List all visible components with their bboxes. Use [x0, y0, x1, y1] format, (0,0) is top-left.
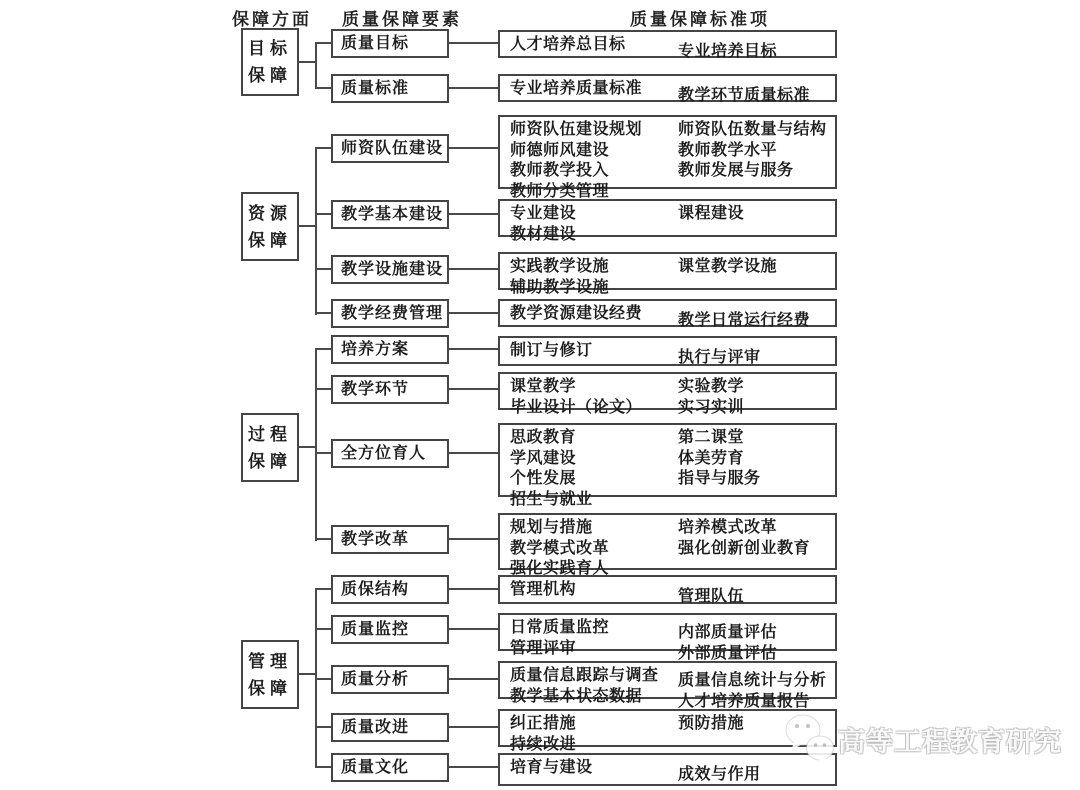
wechat-icon: [782, 712, 838, 766]
element-box: 质量目标: [331, 29, 449, 58]
element-label: 质量目标: [341, 35, 409, 52]
standard-items-right: 课程建设: [678, 204, 744, 225]
connector-line: [297, 673, 315, 675]
connector-line: [315, 268, 331, 270]
standard-items-right: 执行与评审: [678, 348, 761, 369]
watermark-text: 高等工程教育研究: [838, 720, 1062, 759]
connector-line: [449, 268, 498, 270]
element-label: 质量文化: [341, 759, 409, 776]
standard-box: 日常质量监控 管理评审 内部质量评估 外部质量评估: [498, 613, 837, 651]
standard-items-right: 成效与作用: [678, 765, 761, 786]
standard-items-right: 实验教学 实习实训: [678, 377, 744, 418]
connector-line: [449, 678, 498, 680]
aspect-label: 过程保障: [246, 421, 294, 475]
aspect-label: 资源保障: [246, 200, 294, 254]
aspect-box-goal: 目标保障: [241, 28, 299, 96]
connector-line: [449, 348, 498, 350]
standard-items-left: 管理机构: [500, 577, 835, 601]
standard-box: 思政教育 学风建设 个性发展 招生与就业 第二课堂 体美劳育 指导与服务: [498, 423, 837, 497]
standard-items-right: 内部质量评估 外部质量评估: [678, 623, 777, 664]
standard-box: 师资队伍建设规划 师德师风建设 教师教学投入 教师分类管理 师资队伍数量与结构 …: [498, 115, 837, 189]
standard-items-left: 专业建设 教材建设: [500, 201, 835, 245]
connector-line: [449, 42, 498, 44]
standard-box: 人才培养总目标 专业培养目标: [498, 30, 837, 58]
standard-box: 规划与措施 教学模式改革 强化实践育人 培养模式改革 强化创新创业教育: [498, 513, 837, 570]
element-label: 教学基本建设: [341, 206, 443, 223]
standard-box: 课堂教学 毕业设计（论文） 实验教学 实习实训: [498, 372, 837, 410]
standard-box: 质量信息跟踪与调查 教学基本状态数据 质量信息统计与分析 人才培养质量报告: [498, 661, 837, 699]
connector-line: [315, 388, 331, 390]
element-label: 全方位育人: [341, 445, 426, 462]
connector-line: [315, 147, 331, 149]
connector-line: [315, 87, 331, 89]
standard-items-right: 第二课堂 体美劳育 指导与服务: [678, 428, 761, 490]
element-box: 全方位育人: [331, 439, 449, 468]
element-label: 质量分析: [341, 671, 409, 688]
connector-line: [449, 87, 498, 89]
connector-line: [315, 538, 331, 540]
connector-line: [297, 61, 315, 63]
standard-items-right: 师资队伍数量与结构 教师教学水平 教师发展与服务: [678, 120, 827, 182]
element-label: 培养方案: [341, 341, 409, 358]
element-box: 教学经费管理: [331, 299, 449, 328]
standard-box: 专业建设 教材建设 课程建设: [498, 199, 837, 237]
column-header-element: 质量保障要素: [342, 5, 462, 30]
connector-line: [315, 588, 331, 590]
quality-assurance-diagram: 保障方面 质量保障要素 质量保障标准项 目标保障 资源保障 过程保障 管理保障 …: [0, 0, 1080, 790]
element-box: 质量标准: [331, 74, 449, 103]
aspect-label: 目标保障: [246, 35, 294, 89]
element-box: 教学环节: [331, 375, 449, 404]
element-label: 质量监控: [341, 621, 409, 638]
standard-box: 管理机构 管理队伍: [498, 575, 837, 604]
connector-trunk: [315, 42, 317, 89]
connector-line: [449, 538, 498, 540]
element-label: 师资队伍建设: [341, 140, 443, 157]
connector-line: [449, 388, 498, 390]
element-label: 教学改革: [341, 531, 409, 548]
connector-trunk: [315, 348, 317, 541]
connector-line: [315, 42, 331, 44]
standard-items-right: 教学环节质量标准: [678, 86, 810, 107]
aspect-box-management: 管理保障: [241, 640, 299, 709]
standard-items-left: 日常质量监控 管理评审: [500, 615, 835, 659]
connector-line: [315, 678, 331, 680]
standard-items-left: 制订与修订: [500, 338, 835, 362]
standard-box: 教学资源建设经费 教学日常运行经费: [498, 299, 837, 327]
element-label: 质保结构: [341, 581, 409, 598]
column-header-standard: 质量保障标准项: [630, 5, 770, 30]
connector-line: [449, 213, 498, 215]
element-box: 师资队伍建设: [331, 134, 449, 163]
standard-items-right: 培养模式改革 强化创新创业教育: [678, 518, 810, 559]
element-box: 培养方案: [331, 335, 449, 364]
connector-line: [315, 726, 331, 728]
connector-line: [449, 628, 498, 630]
aspect-box-process: 过程保障: [241, 413, 299, 482]
standard-items-left: 课堂教学 毕业设计（论文）: [500, 374, 835, 418]
connector-trunk: [315, 147, 317, 315]
standard-items-right: 质量信息统计与分析 人才培养质量报告: [678, 671, 827, 712]
aspect-label: 管理保障: [246, 648, 294, 702]
standard-items-left: 人才培养总目标: [500, 32, 835, 56]
connector-line: [449, 452, 498, 454]
element-box: 质量监控: [331, 615, 449, 644]
element-box: 教学基本建设: [331, 200, 449, 229]
element-box: 教学改革: [331, 525, 449, 554]
standard-items-left: 实践教学设施 辅助教学设施: [500, 254, 835, 298]
element-box: 质保结构: [331, 575, 449, 604]
standard-box: 制订与修订 执行与评审: [498, 336, 837, 366]
connector-line: [297, 446, 315, 448]
connector-line: [449, 147, 498, 149]
element-box: 教学设施建设: [331, 255, 449, 284]
aspect-box-resource: 资源保障: [241, 192, 299, 261]
standard-items-right: 预防措施: [678, 714, 744, 735]
connector-line: [315, 213, 331, 215]
connector-line: [449, 766, 498, 768]
standard-items-right: 专业培养目标: [678, 42, 777, 63]
column-header-aspect: 保障方面: [232, 5, 312, 30]
connector-line: [449, 312, 498, 314]
element-label: 教学经费管理: [341, 305, 443, 322]
element-label: 教学设施建设: [341, 261, 443, 278]
element-label: 教学环节: [341, 381, 409, 398]
connector-line: [315, 766, 331, 768]
connector-line: [315, 452, 331, 454]
standard-items-right: 管理队伍: [678, 587, 744, 608]
standard-box: 专业培养质量标准 教学环节质量标准: [498, 74, 837, 102]
standard-box: 实践教学设施 辅助教学设施 课堂教学设施: [498, 252, 837, 290]
standard-items-left: 思政教育 学风建设 个性发展 招生与就业: [500, 425, 835, 510]
element-label: 质量改进: [341, 719, 409, 736]
standard-items-right: 教学日常运行经费: [678, 311, 810, 332]
standard-items-right: 课堂教学设施: [678, 257, 777, 278]
connector-line: [297, 225, 315, 227]
watermark: 高等工程教育研究: [782, 712, 1062, 766]
connector-line: [315, 628, 331, 630]
connector-line: [315, 312, 331, 314]
element-box: 质量文化: [331, 753, 449, 782]
connector-line: [449, 588, 498, 590]
element-box: 质量分析: [331, 665, 449, 694]
connector-line: [449, 726, 498, 728]
connector-line: [315, 348, 331, 350]
element-label: 质量标准: [341, 80, 409, 97]
element-box: 质量改进: [331, 713, 449, 742]
